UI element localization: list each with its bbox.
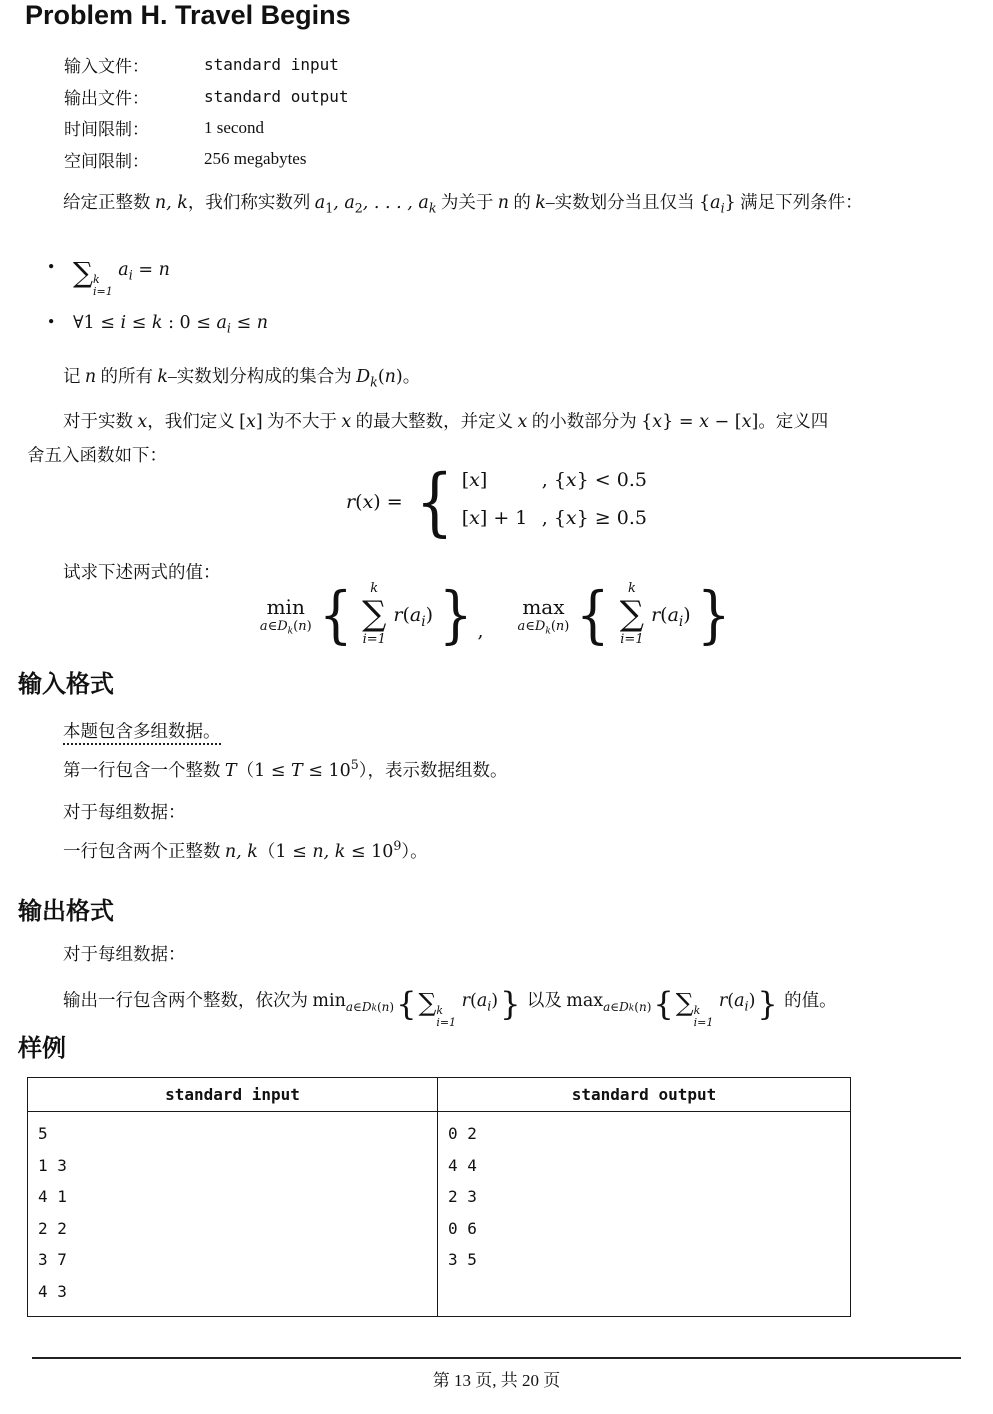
math-token: 5 — [351, 757, 359, 772]
script-bottom: i=1 — [694, 1017, 714, 1029]
formula-lhs: r(x) = — [346, 491, 403, 514]
rounding-function-formula: r(x) = { [x] , {x} < 0.5 [x] + 1 , {x} ≥… — [27, 458, 966, 546]
math-token: a — [410, 604, 421, 626]
min-operator: min a∈Dk(n) — [260, 596, 312, 635]
math-token: } = — [662, 412, 699, 432]
left-brace: { — [415, 465, 453, 539]
math-token: 给定正整数 — [63, 192, 155, 212]
math-token: x — [469, 507, 480, 529]
formula-comma: , — [477, 620, 483, 642]
meta-label: 输出文件： — [64, 84, 204, 109]
math-token: 的值。 — [780, 990, 837, 1010]
meta-row-memory-limit: 空间限制： 256 megabytes — [64, 144, 349, 176]
math-token: （ — [237, 760, 255, 780]
math-token: n, k — [312, 842, 345, 862]
math-token: ∀1 ≤ — [73, 313, 120, 333]
meta-row-output-file: 输出文件： standard output — [64, 81, 349, 113]
sigma-icon: ∑ — [620, 597, 644, 633]
math-token: a — [710, 193, 720, 213]
operator-subscript: a∈Dk(n) — [260, 619, 312, 635]
input-note: 本题包含多组数据。 — [63, 718, 221, 744]
code-line: 4 3 — [38, 1276, 437, 1308]
math-token: n — [556, 619, 564, 634]
condition-list: ∑ki=1 ai = n ∀1 ≤ i ≤ k : 0 ≤ ai ≤ n — [73, 246, 953, 337]
sum-symbol: k ∑ i=1 — [620, 582, 644, 648]
right-brace: } — [439, 584, 473, 646]
script-bottom: i=1 — [93, 286, 113, 298]
math-token: n, k — [155, 193, 188, 213]
code-line: 5 — [38, 1118, 437, 1150]
meta-label: 时间限制： — [64, 115, 204, 140]
math-token: n — [159, 260, 170, 280]
math-token: { — [396, 985, 416, 1023]
case-condition: , {x} < 0.5 — [542, 469, 647, 492]
meta-label: 空间限制： — [64, 147, 204, 172]
page-number: 第 13 页, 共 20 页 — [0, 1366, 993, 1391]
case-value: [x] + 1 — [462, 507, 542, 530]
math-token: k — [429, 201, 437, 216]
math-token: ( — [660, 604, 667, 626]
math-token: n — [257, 313, 268, 333]
math-token: , . . . , a — [363, 193, 429, 213]
math-token: 对于实数 — [63, 411, 137, 431]
problem-title: Problem H. Travel Begins — [25, 0, 351, 31]
math-token: ∈ — [353, 1000, 362, 1014]
math-token: k — [157, 367, 168, 387]
statement-paragraph: 给定正整数 n, k，我们称实数列 a1, a2, . . . , ak 为关于… — [27, 188, 966, 218]
script-stack: ki=1 — [694, 1005, 714, 1028]
list-item: ∑ki=1 ai = n — [73, 246, 953, 292]
math-token: 输出一行包含两个整数，依次为 — [63, 990, 312, 1010]
math-token: r — [346, 491, 355, 513]
script-bottom: i=1 — [436, 1017, 456, 1029]
meta-value: standard output — [204, 87, 349, 106]
script-stack: ki=1 — [436, 1005, 456, 1028]
math-token: ≤ — [231, 313, 257, 333]
math-token: r — [651, 604, 660, 626]
case-row: [x] , {x} < 0.5 — [462, 469, 647, 497]
sum-body: r(ai) — [651, 604, 691, 627]
math-token: 第一行包含一个整数 — [63, 760, 225, 780]
math-token: = — [133, 260, 159, 280]
math-token: a — [668, 604, 679, 626]
math-token: r — [456, 991, 470, 1011]
math-token: D — [356, 367, 370, 387]
math-token: ] — [256, 412, 263, 432]
math-token: k — [535, 193, 546, 213]
document-page: Problem H. Travel Begins 输入文件： standard … — [0, 0, 993, 1414]
math-token: T — [291, 761, 303, 781]
sample-heading: 样例 — [18, 1028, 66, 1063]
code-line: 3 7 — [38, 1244, 437, 1276]
output-format-heading: 输出格式 — [18, 891, 114, 926]
meta-row-input-file: 输入文件： standard input — [64, 49, 349, 81]
code-line: 4 4 — [448, 1150, 850, 1182]
math-token: min — [312, 991, 345, 1011]
min-expression: min a∈Dk(n) { k ∑ i=1 r(ai) } — [260, 582, 476, 648]
math-token: ) — [683, 604, 690, 626]
meta-value: 256 megabytes — [204, 149, 306, 169]
math-token: , a — [333, 193, 355, 213]
math-token: − [ — [709, 412, 742, 432]
case-value: [x] — [462, 469, 542, 492]
math-token: { — [699, 193, 710, 213]
math-token: a — [346, 1000, 353, 1014]
meta-value: standard input — [204, 55, 339, 74]
math-token: x — [652, 412, 662, 432]
math-token: ≤ 10 — [345, 842, 393, 862]
math-token: x — [363, 491, 374, 513]
output-paragraph: 输出一行包含两个整数，依次为 mina∈Dk(n){∑ki=1 r(ai)} 以… — [63, 975, 983, 1032]
math-token: x — [742, 412, 752, 432]
math-token: { — [653, 985, 673, 1023]
math-token: n — [498, 193, 509, 213]
math-token: ( — [470, 991, 477, 1011]
math-token: x — [469, 469, 480, 491]
math-token: a — [260, 619, 268, 634]
code-line: 1 3 — [38, 1150, 437, 1182]
math-token: k — [152, 313, 163, 333]
math-token: T — [225, 761, 237, 781]
math-token: r — [713, 991, 727, 1011]
problem-meta: 输入文件： standard input 输出文件： standard outp… — [64, 49, 349, 175]
case-row: [x] + 1 , {x} ≥ 0.5 — [462, 507, 647, 535]
math-token: ) = — [373, 491, 402, 513]
minmax-formula: min a∈Dk(n) { k ∑ i=1 r(ai) } , max a∈Dk… — [27, 574, 966, 656]
math-token: ( — [402, 604, 409, 626]
math-token: ），表示数据组数。 — [359, 760, 508, 780]
sum-lower-limit: i=1 — [620, 633, 643, 648]
math-token: ( — [378, 367, 385, 387]
table-header-row: standard input standard output — [28, 1078, 851, 1112]
math-token: 为关于 — [437, 192, 498, 212]
math-token: } — [757, 985, 777, 1023]
math-token: 的 — [509, 192, 535, 212]
math-token: k — [370, 375, 378, 390]
math-token: ）。 — [401, 841, 427, 861]
math-token: 1 ≤ — [275, 842, 312, 862]
math-token: D — [619, 1000, 629, 1014]
code-line: 2 2 — [38, 1213, 437, 1245]
math-token: } — [500, 985, 520, 1023]
sample-table: standard input standard output 51 34 12 … — [27, 1077, 851, 1317]
math-token: 记 — [63, 366, 85, 386]
math-token: –实数划分当且仅当 — [546, 192, 699, 212]
statement-paragraph: 记 n 的所有 k–实数划分构成的集合为 Dk(n)。 — [27, 362, 966, 392]
code-line: 0 2 — [448, 1118, 850, 1150]
math-token: x — [566, 469, 577, 491]
math-token: 1 ≤ — [254, 761, 291, 781]
input-paragraph: 对于每组数据： — [63, 799, 186, 825]
script-top: k — [436, 1005, 443, 1017]
math-token: –实数划分构成的集合为 — [168, 366, 356, 386]
math-token: ∑ — [418, 988, 436, 1017]
math-token: 。定义四 — [758, 411, 828, 431]
meta-row-time-limit: 时间限制： 1 second — [64, 112, 349, 144]
math-token: ( — [355, 491, 362, 513]
math-token: ) — [647, 1000, 652, 1014]
math-token: （ — [258, 841, 276, 861]
math-token: ≤ 10 — [303, 761, 351, 781]
math-token: a — [216, 313, 226, 333]
sum-body: r(ai) — [393, 604, 433, 627]
math-token: a — [734, 991, 744, 1011]
code-line: 0 6 — [448, 1213, 850, 1245]
math-token: n — [639, 1000, 647, 1014]
math-token: ) — [491, 991, 498, 1011]
math-token: x — [518, 412, 528, 432]
math-token: n — [385, 367, 396, 387]
script-stack: ki=1 — [93, 274, 113, 297]
footer-rule — [32, 1357, 961, 1359]
math-token: ) — [426, 604, 433, 626]
math-token: } — [725, 193, 736, 213]
operator-name: min — [267, 596, 305, 619]
math-token: [ — [239, 412, 246, 432]
math-token: 2 — [355, 201, 363, 216]
math-token: 满足下列条件： — [736, 192, 863, 212]
sum-symbol: k ∑ i=1 — [362, 582, 386, 648]
math-token: ] — [480, 469, 487, 491]
code-line: 4 1 — [38, 1181, 437, 1213]
math-token: n — [298, 619, 306, 634]
output-paragraph: 对于每组数据： — [63, 941, 186, 967]
math-token: ∑ — [676, 988, 694, 1017]
math-token: 以及 — [522, 990, 566, 1010]
meta-value: 1 second — [204, 118, 264, 138]
right-brace: } — [697, 584, 731, 646]
operator-subscript: a∈Dk(n) — [518, 619, 570, 635]
math-token: x — [246, 412, 256, 432]
math-token: a — [113, 260, 129, 280]
math-token: 的所有 — [96, 366, 157, 386]
table-body-row: 51 34 12 23 74 3 0 24 42 30 63 5 — [28, 1112, 851, 1317]
math-token: ) — [564, 619, 569, 634]
max-expression: max a∈Dk(n) { k ∑ i=1 r(ai) } — [518, 582, 734, 648]
math-token: , { — [542, 507, 566, 529]
math-token: ，我们称实数列 — [188, 192, 315, 212]
math-token: 的小数部分为 — [527, 411, 641, 431]
emphasized-text: 本题包含多组数据。 — [63, 721, 221, 745]
math-token: } < 0.5 — [577, 469, 647, 491]
list-item: ∀1 ≤ i ≤ k : 0 ≤ ai ≤ n — [73, 308, 953, 337]
math-token: D — [362, 1000, 372, 1014]
math-token: D — [277, 619, 287, 634]
case-condition: , {x} ≥ 0.5 — [542, 507, 647, 530]
operator-name: max — [522, 596, 564, 619]
math-token: ∈ — [610, 1000, 619, 1014]
column-header-input: standard input — [28, 1078, 438, 1112]
meta-label: 输入文件： — [64, 52, 204, 77]
math-token: 。 — [403, 366, 421, 386]
left-brace: { — [319, 584, 353, 646]
math-token: ∈ — [525, 619, 535, 634]
input-format-heading: 输入格式 — [18, 664, 114, 699]
math-token: { — [641, 412, 652, 432]
max-operator: max a∈Dk(n) — [518, 596, 570, 635]
math-token: ) — [389, 1000, 394, 1014]
math-token: ，我们定义 — [147, 411, 239, 431]
math-token: x — [137, 412, 147, 432]
math-token: 一行包含两个正整数 — [63, 841, 225, 861]
math-token: ) — [307, 619, 312, 634]
math-token: : 0 ≤ — [163, 313, 217, 333]
sample-input-cell: 51 34 12 23 74 3 — [28, 1112, 438, 1317]
math-token: max — [566, 991, 603, 1011]
code-line: 3 5 — [448, 1244, 850, 1276]
math-token: x — [699, 412, 709, 432]
math-token: } ≥ 0.5 — [577, 507, 647, 529]
math-token: , { — [542, 469, 566, 491]
script-top: k — [93, 274, 100, 286]
math-token: D — [535, 619, 545, 634]
column-header-output: standard output — [438, 1078, 851, 1112]
input-paragraph: 一行包含两个正整数 n, k（1 ≤ n, k ≤ 109）。 — [63, 838, 428, 865]
math-token: x — [341, 412, 351, 432]
code-line: 2 3 — [448, 1181, 850, 1213]
math-token: n — [85, 367, 96, 387]
math-token: a — [477, 991, 487, 1011]
sum-lower-limit: i=1 — [363, 633, 386, 648]
math-token: a — [315, 193, 325, 213]
script-top: k — [694, 1005, 701, 1017]
sample-output-cell: 0 24 42 30 63 5 — [438, 1112, 851, 1317]
sigma-icon: ∑ — [362, 597, 386, 633]
math-token: 为不大于 — [263, 411, 342, 431]
left-brace: { — [576, 584, 610, 646]
input-paragraph: 第一行包含一个整数 T（1 ≤ T ≤ 105），表示数据组数。 — [63, 757, 508, 784]
math-token: ] + 1 — [480, 507, 528, 529]
math-token: 的最大整数，并定义 — [351, 411, 517, 431]
math-token: ∈ — [268, 619, 278, 634]
math-token: n, k — [225, 842, 258, 862]
math-token: ) — [749, 991, 756, 1011]
cases-rows: [x] , {x} < 0.5 [x] + 1 , {x} ≥ 0.5 — [462, 469, 647, 535]
math-token: ∑ — [73, 256, 93, 289]
math-token: x — [566, 507, 577, 529]
math-token: ≤ — [126, 313, 152, 333]
math-token: ) — [396, 367, 403, 387]
